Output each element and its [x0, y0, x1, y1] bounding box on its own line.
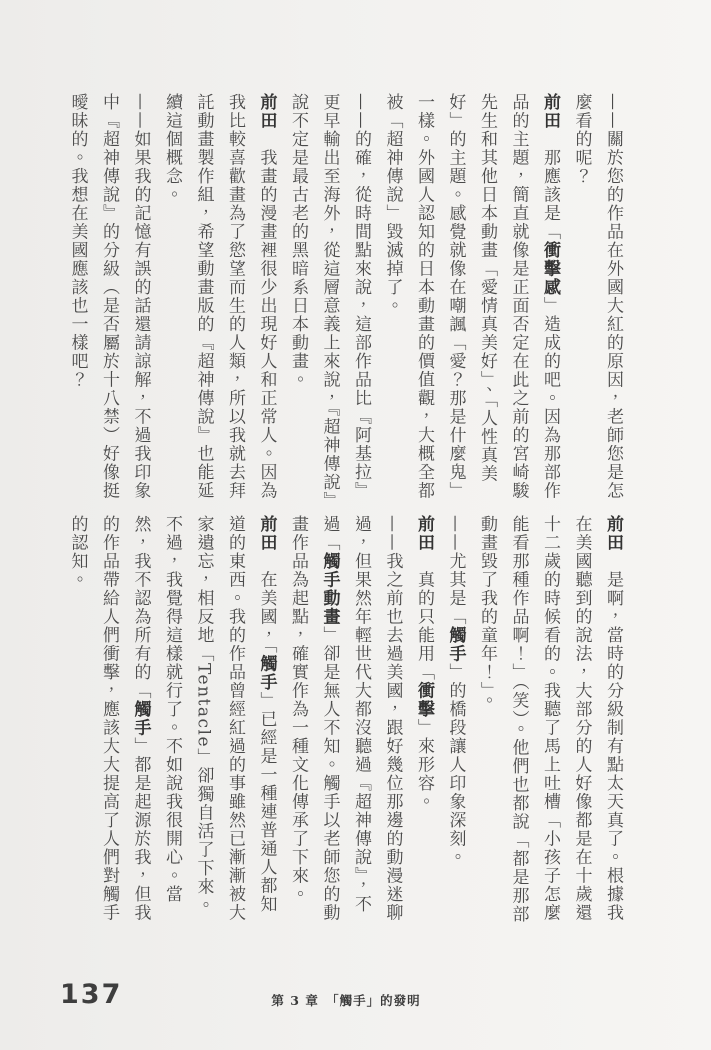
speech-text: ——的確，從時間點來說，這部作品比『阿基拉』更早輸出至海外，從這層意義上來說，『…	[288, 93, 371, 502]
interviewer-paragraph: ——關於您的作品在外國大紅的原因，老師您是怎麼看的呢？	[565, 93, 628, 505]
speech-paragraph: 前田 是啊，當時的分級制有點太天真了。根據我在美國聽到的說法，大部分的人好像都是…	[471, 515, 629, 927]
interview-text-section-bottom: 前田 是啊，當時的分級制有點太天真了。根據我在美國聽到的說法，大部分的人好像都是…	[61, 515, 628, 927]
interviewer-paragraph: ——如果我的記憶有誤的話還請諒解，不過我印象中『超神傳說』的分級（是否屬於十八禁…	[61, 93, 156, 505]
speech-text: 那應該是「衝擊感」造成的吧。因為那部作品的主題，簡直就像是正面否定在此之前的宮崎…	[383, 93, 561, 500]
speaker-name: 前田	[414, 515, 434, 552]
speaker-name: 前田	[540, 93, 560, 130]
page-number: 137	[60, 979, 122, 1010]
speech-text: 真的只能用「衝擊」來形容。	[414, 571, 434, 812]
speech-paragraph: 前田 在美國，「觸手」已經是一種連普通人都知道的東西。我的作品曾經紅過的事雖然已…	[61, 515, 282, 927]
interviewer-paragraph: ——我之前也去過美國，跟好幾位那邊的動漫迷聊過，但果然年輕世代大都沒聽過『超神傳…	[282, 515, 408, 927]
speech-text: 我畫的漫畫裡很少出現好人和正常人。因為我比較喜歡畫為了慾望而生的人類，所以我就去…	[162, 93, 277, 500]
speech-paragraph: 前田 那應該是「衝擊感」造成的吧。因為那部作品的主題，簡直就像是正面否定在此之前…	[376, 93, 565, 505]
speech-paragraph: 前田 真的只能用「衝擊」來形容。	[408, 515, 440, 927]
speaker-name: 前田	[257, 515, 277, 552]
speech-text: 在美國，「觸手」已經是一種連普通人都知道的東西。我的作品曾經紅過的事雖然已漸漸被…	[68, 515, 277, 922]
interviewer-paragraph: ——的確，從時間點來說，這部作品比『阿基拉』更早輸出至海外，從這層意義上來說，『…	[282, 93, 377, 505]
speech-text: ——關於您的作品在外國大紅的原因，老師您是怎麼看的呢？	[572, 93, 624, 500]
speaker-name: 前田	[603, 515, 623, 552]
speech-paragraph: 前田 我畫的漫畫裡很少出現好人和正常人。因為我比較喜歡畫為了慾望而生的人類，所以…	[156, 93, 282, 505]
interviewer-paragraph: ——尤其是「觸手」的橋段讓人印象深刻。	[439, 515, 471, 927]
speaker-name: 前田	[257, 93, 277, 130]
speech-text: ——我之前也去過美國，跟好幾位那邊的動漫迷聊過，但果然年輕世代大都沒聽過『超神傳…	[288, 515, 403, 922]
chapter-footer-title: 第 3 章 「觸手」的發明	[240, 991, 452, 1009]
speech-text: ——尤其是「觸手」的橋段讓人印象深刻。	[446, 515, 466, 867]
speech-text: ——如果我的記憶有誤的話還請諒解，不過我印象中『超神傳說』的分級（是否屬於十八禁…	[68, 93, 151, 500]
interview-text-section-top: ——關於您的作品在外國大紅的原因，老師您是怎麼看的呢？前田 那應該是「衝擊感」造…	[61, 93, 628, 505]
speech-text: 是啊，當時的分級制有點太天真了。根據我在美國聽到的說法，大部分的人好像都是在十歲…	[477, 515, 623, 924]
book-page: ——關於您的作品在外國大紅的原因，老師您是怎麼看的呢？前田 那應該是「衝擊感」造…	[0, 0, 711, 1050]
